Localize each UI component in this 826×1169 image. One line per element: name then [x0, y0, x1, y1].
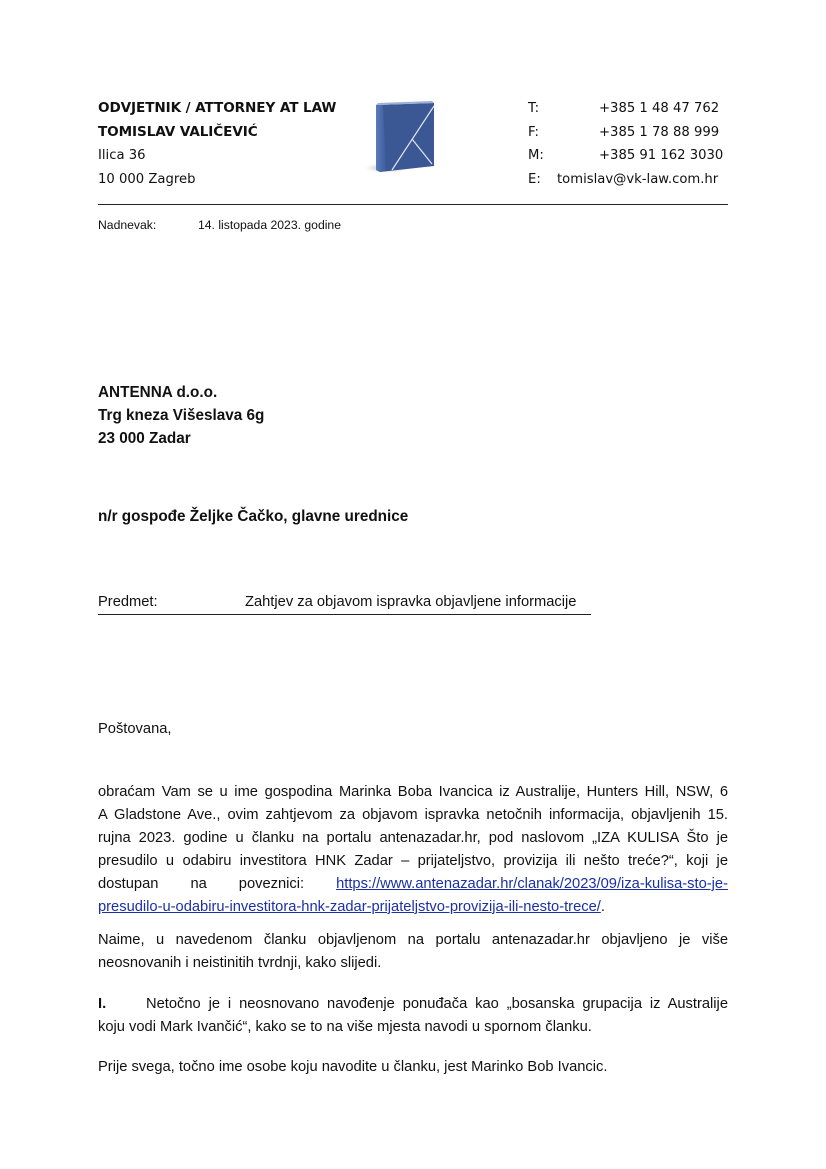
paragraph-line: rujna 2023. godine u članku na portalu a… — [98, 827, 728, 850]
letterhead-contacts: T: +385 1 48 47 762 F: +385 1 78 88 999 … — [528, 97, 738, 191]
subject-line: Predmet: Zahtjev za objavom ispravka obj… — [98, 594, 591, 615]
paragraph-naime: Naime, u navedenom članku objavljenom na… — [98, 929, 728, 975]
book-logo-icon — [362, 98, 452, 178]
section-number: I. — [98, 993, 146, 1016]
letter-page: ODVJETNIK / ATTORNEY AT LAW TOMISLAV VAL… — [0, 0, 826, 1169]
paragraph-line-link: dostupan na poveznici: https://www.anten… — [98, 873, 728, 896]
letterhead-sender: ODVJETNIK / ATTORNEY AT LAW TOMISLAV VAL… — [98, 97, 336, 191]
paragraph-line: obraćam Vam se u ime gospodina Marinka B… — [98, 781, 728, 804]
contact-phone: T: +385 1 48 47 762 — [528, 97, 738, 121]
paragraph-line: Netočno je i neosnovano navođenje ponuđa… — [146, 993, 728, 1016]
date-label: Nadnevak: — [98, 218, 156, 232]
greeting: Poštovana, — [98, 718, 728, 741]
sender-name: TOMISLAV VALIČEVIĆ — [98, 121, 336, 145]
paragraph-line: presudilo u odabiru investitora HNK Zada… — [98, 850, 728, 873]
sender-city: 10 000 Zagreb — [98, 168, 336, 192]
recipient-city: 23 000 Zadar — [98, 427, 264, 450]
sender-title: ODVJETNIK / ATTORNEY AT LAW — [98, 97, 336, 121]
article-link-continued[interactable]: presudilo-u-odabiru-investitora-hnk-zada… — [98, 899, 601, 915]
letterhead-divider — [98, 204, 728, 205]
recipient-company: ANTENNA d.o.o. — [98, 381, 264, 404]
attention-line: n/r gospođe Željke Čačko, glavne urednic… — [98, 508, 408, 526]
recipient-street: Trg kneza Višeslava 6g — [98, 404, 264, 427]
paragraph-line: Naime, u navedenom članku objavljenom na… — [98, 929, 728, 952]
contact-fax: F: +385 1 78 88 999 — [528, 121, 738, 145]
paragraph-line: A Gladstone Ave., ovim zahtjevom za obja… — [98, 804, 728, 827]
paragraph-line: presudilo-u-odabiru-investitora-hnk-zada… — [98, 896, 728, 919]
sender-street: Ilica 36 — [98, 144, 336, 168]
subject-value: Zahtjev za objavom ispravka objavljene i… — [245, 594, 576, 610]
date-value: 14. listopada 2023. godine — [198, 218, 341, 232]
article-link[interactable]: https://www.antenazadar.hr/clanak/2023/0… — [336, 873, 728, 896]
paragraph-name-correction: Prije svega, točno ime osobe koju navodi… — [98, 1056, 728, 1079]
contact-email: E: tomislav@vk-law.com.hr — [528, 168, 738, 192]
subject-label: Predmet: — [98, 594, 158, 610]
paragraph-line: koju vodi Mark Ivančić“, kako se to na v… — [98, 1016, 728, 1039]
paragraph-intro: obraćam Vam se u ime gospodina Marinka B… — [98, 781, 728, 919]
paragraph-line: neosnovanih i neistinitih tvrdnji, kako … — [98, 952, 728, 975]
contact-mobile: M: +385 91 162 3030 — [528, 144, 738, 168]
section-one: I. Netočno je i neosnovano navođenje pon… — [98, 993, 728, 1039]
recipient-address: ANTENNA d.o.o. Trg kneza Višeslava 6g 23… — [98, 381, 264, 450]
